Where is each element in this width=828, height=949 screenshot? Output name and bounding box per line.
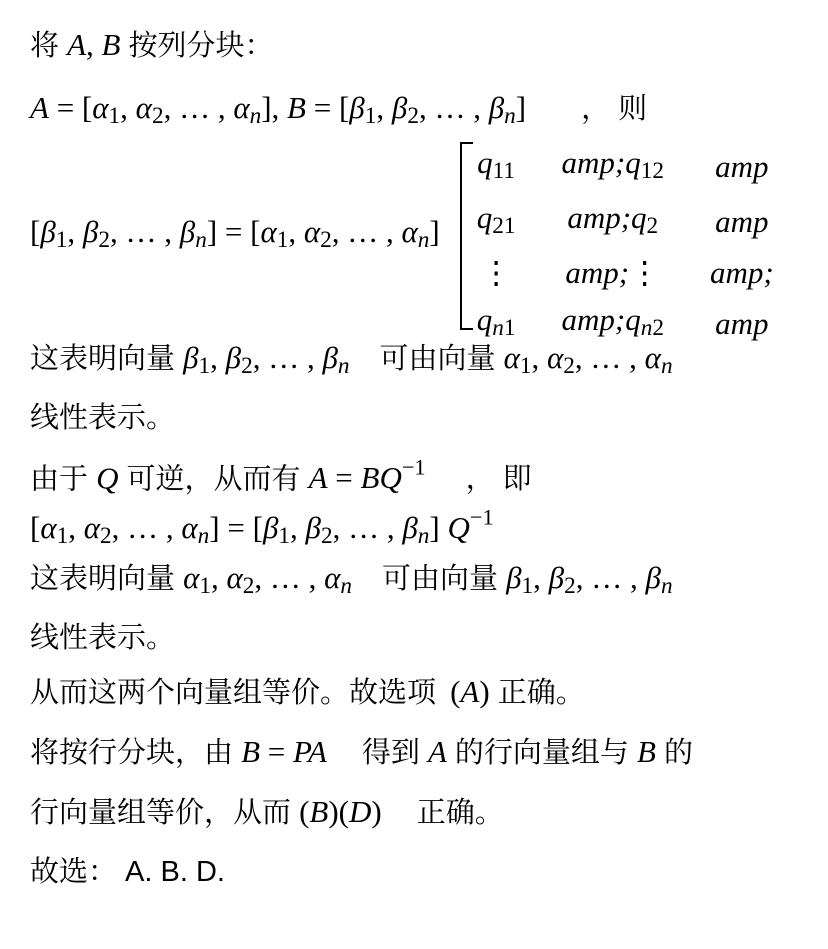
paragraph-alpha-representable: 这表明向量 α1, α2, … , αn可由向量 β1, β2, … , βn — [30, 558, 673, 606]
math-token: 2 — [647, 213, 659, 239]
math-token: amp — [715, 204, 768, 239]
math-token: 1 — [56, 227, 68, 253]
math-token: = — [306, 90, 339, 125]
math-token: β — [40, 214, 55, 249]
math-B-equals-PA: B = PA — [241, 734, 327, 769]
math-token: 1 — [199, 353, 211, 379]
math-token: , — [120, 90, 136, 125]
math-token: A — [460, 674, 479, 709]
math-token: n — [198, 524, 210, 550]
math-token: , … , — [419, 90, 489, 125]
math-token: n — [418, 524, 430, 550]
math-token: , … , — [253, 340, 323, 375]
math-token: )( — [328, 794, 349, 829]
math-token: β — [322, 340, 337, 375]
math-token: 2 — [241, 353, 253, 379]
math-token: α — [260, 214, 276, 249]
math-beta-list: β1, β2, … , βn — [183, 340, 349, 375]
math-token: , — [211, 560, 227, 595]
math-token: 1 — [522, 573, 534, 599]
math-token: B — [361, 460, 380, 495]
matrix-q: q11 amp;q12 amp q21 amp;q2 amp ⋮ amp;⋮ a… — [460, 142, 774, 330]
math-token: β — [83, 214, 98, 249]
equation-A-B-definition: A = [α1, α2, … , αn], B = [β1, β2, … , β… — [30, 88, 647, 136]
text-obtain: 得到 — [362, 737, 428, 769]
math-token: α — [183, 560, 199, 595]
math-token: 2 — [100, 524, 112, 550]
math-token: n — [250, 103, 262, 129]
math-token: , … , — [576, 560, 646, 595]
math-token: Q — [448, 510, 470, 545]
math-token: ] — [429, 214, 439, 249]
math-token: β — [349, 90, 364, 125]
math-token: Q — [96, 460, 118, 495]
text-this-shows-vectors: 这表明向量 — [30, 343, 183, 375]
math-token: α — [40, 510, 56, 545]
text-since: 由于 — [30, 463, 96, 495]
math-token: 2 — [152, 103, 164, 129]
math-token: β — [646, 560, 661, 595]
math-option-A: (A) — [450, 674, 490, 709]
text-row-groups-equivalent: 行向量组等价，从而 — [30, 797, 299, 829]
math-token: ) — [479, 674, 489, 709]
math-token: = — [260, 734, 293, 769]
math-A-equals-BQ-inverse: A = BQ−1 — [309, 460, 426, 495]
math-token: A — [309, 460, 328, 495]
math-token: , … , — [333, 510, 403, 545]
math-token: = — [217, 214, 250, 249]
math-token: , — [86, 27, 102, 62]
paragraph-beta-representable: 这表明向量 β1, β2, … , βn可由向量 α1, α2, … , αn — [30, 338, 673, 386]
matrix-cell-r2c2: amp;q2 — [567, 202, 658, 242]
math-token: 11 — [493, 158, 515, 184]
text-jiang: 将 — [30, 30, 67, 62]
math-token: −1 — [470, 505, 494, 530]
math-token: α — [547, 340, 563, 375]
math-token: β — [180, 214, 195, 249]
math-token: D — [349, 794, 371, 829]
math-token: B — [287, 90, 306, 125]
math-token: α — [304, 214, 320, 249]
matrix-cell-r3c1: ⋮ — [481, 257, 512, 289]
math-token: , — [533, 560, 549, 595]
math-token: A — [30, 90, 49, 125]
math-token: amp; — [567, 200, 631, 235]
math-A-B-column-vectors: A = [α1, α2, … , αn], B = [β1, β2, … , β… — [30, 90, 526, 125]
text-representable-by-2: 可由向量 — [382, 563, 506, 595]
math-A-B: A, B — [67, 27, 120, 62]
paragraph-final-answer: 故选： A. B. D. — [30, 852, 225, 892]
math-token: , — [272, 90, 288, 125]
math-token — [440, 510, 448, 545]
math-token: B — [637, 734, 656, 769]
math-token: q — [477, 200, 493, 235]
math-token: amp — [715, 306, 768, 341]
math-token: 21 — [492, 213, 515, 239]
math-token: 12 — [641, 158, 664, 184]
math-token: amp; — [565, 255, 629, 290]
math-token: , — [67, 214, 83, 249]
math-token: = — [328, 460, 361, 495]
paragraph-row-partition: 将按行分块，由 B = PA得到 A 的行向量组与 B 的 — [30, 732, 693, 773]
matrix-left-bracket-icon — [460, 142, 473, 330]
text-linear-representation-2: 线性表示。 — [30, 622, 175, 654]
paragraph-linear-representation-1: 线性表示。 — [30, 398, 175, 438]
math-token: α — [233, 90, 249, 125]
math-token: P — [293, 734, 308, 769]
text-then: ， 则 — [581, 93, 647, 125]
math-token: β — [549, 560, 564, 595]
text-answer-ABD: 故选： A. B. D. — [30, 856, 225, 888]
text-therefore-equivalent: 从而这两个向量组等价。故选项 — [30, 677, 444, 709]
math-token: α — [645, 340, 661, 375]
math-token: 2 — [564, 573, 576, 599]
math-token: ⋮ — [481, 255, 512, 290]
math-token: amp; — [562, 302, 626, 337]
math-token: n — [661, 353, 673, 379]
math-token: 2 — [320, 227, 332, 253]
math-token: α — [136, 90, 152, 125]
math-token: , — [376, 90, 392, 125]
math-token: amp; — [710, 255, 774, 290]
math-token: β — [183, 340, 198, 375]
math-token: q — [477, 302, 493, 337]
math-token: ) — [371, 794, 381, 829]
math-token: 1 — [277, 227, 289, 253]
matrix-cell-r2c1: q21 — [477, 202, 516, 242]
math-token: β — [226, 340, 241, 375]
matrix-cell-r3c3: amp; — [710, 257, 774, 289]
math-token: ] — [429, 510, 439, 545]
math-token: , — [532, 340, 548, 375]
math-token: q — [631, 200, 647, 235]
math-token: ( — [299, 794, 309, 829]
matrix-cell-r3c2: amp;⋮ — [565, 257, 660, 289]
math-token: n — [338, 353, 350, 379]
math-token: 1 — [520, 353, 532, 379]
math-token: q — [477, 145, 493, 180]
text-de: 的 — [656, 737, 693, 769]
math-token: β — [392, 90, 407, 125]
equation-alpha-equals-beta-Qinv: [α1, α2, … , αn] = [β1, β2, … , βn] Q−1 — [30, 498, 494, 557]
math-token: A — [67, 27, 86, 62]
math-token: , … , — [164, 90, 234, 125]
math-A-2: A — [428, 734, 447, 769]
math-token: , — [210, 340, 226, 375]
math-token: Q — [379, 460, 401, 495]
math-token: α — [84, 510, 100, 545]
math-alpha-equals-beta-Qinv: [α1, α2, … , αn] = [β1, β2, … , βn] Q−1 — [30, 510, 494, 545]
text-row-vectors-with: 的行向量组与 — [447, 737, 637, 769]
math-token: ⋮ — [629, 255, 660, 290]
math-token: [ — [339, 90, 349, 125]
math-token: amp; — [562, 145, 626, 180]
text-by-columns: 按列分块： — [120, 30, 273, 62]
equation-beta-alpha-matrix: [β1, β2, … , βn] = [α1, α2, … , αn] q11 … — [30, 140, 774, 332]
math-token: , — [290, 510, 306, 545]
math-token: ( — [450, 674, 460, 709]
math-token: amp — [715, 149, 768, 184]
text-this-shows-vectors-2: 这表明向量 — [30, 563, 183, 595]
math-alpha-list: α1, α2, … , αn — [504, 340, 673, 375]
text-linear-representation: 线性表示。 — [30, 402, 175, 434]
text-row-partition-by: 将按行分块，由 — [30, 737, 241, 769]
math-token: 1 — [365, 103, 377, 129]
math-token: n — [504, 103, 516, 129]
math-token: [ — [30, 510, 40, 545]
math-token: 2 — [321, 524, 333, 550]
matrix-cell-r4c3: amp — [715, 308, 768, 340]
math-token: , — [68, 510, 84, 545]
math-options-B-D: (B)(D) — [299, 794, 382, 829]
paragraph-options-B-D: 行向量组等价，从而 (B)(D)正确。 — [30, 792, 504, 833]
math-token: B — [309, 794, 328, 829]
text-representable-by: 可由向量 — [380, 343, 504, 375]
matrix-grid: q11 amp;q12 amp q21 amp;q2 amp ⋮ amp;⋮ a… — [473, 142, 774, 330]
math-token: , … , — [254, 560, 324, 595]
math-token: α — [402, 214, 418, 249]
math-token: ] — [209, 510, 219, 545]
text-that-is: ， 即 — [466, 463, 532, 495]
math-token: n — [340, 573, 352, 599]
math-token: β — [306, 510, 321, 545]
math-token: , — [288, 214, 304, 249]
math-token: , … , — [112, 510, 182, 545]
math-token: β — [263, 510, 278, 545]
math-token: α — [226, 560, 242, 595]
math-token: A — [308, 734, 327, 769]
math-token: β — [506, 560, 521, 595]
math-token: n — [661, 573, 673, 599]
math-token: q — [625, 302, 641, 337]
math-token: ] — [261, 90, 271, 125]
math-beta-list-2: β1, β2, … , βn — [506, 560, 672, 595]
matrix-cell-r1c3: amp — [715, 151, 768, 183]
paragraph-linear-representation-2: 线性表示。 — [30, 618, 175, 658]
math-token: 1 — [57, 524, 69, 550]
math-token: = — [49, 90, 82, 125]
math-token: n — [195, 227, 207, 253]
math-token: n — [418, 227, 430, 253]
math-token: 2 — [98, 227, 110, 253]
math-alpha-list-2: α1, α2, … , αn — [183, 560, 352, 595]
math-token: q — [625, 145, 641, 180]
math-token: [ — [30, 214, 40, 249]
math-token: α — [504, 340, 520, 375]
matrix-cell-r2c3: amp — [715, 206, 768, 238]
text-correct-2: 正确。 — [417, 797, 504, 829]
math-token: 2 — [407, 103, 419, 129]
paragraph-partition-intro: 将 A, B 按列分块： — [30, 25, 274, 66]
math-token: [ — [250, 214, 260, 249]
matrix-cell-r1c2: amp;q12 — [562, 147, 664, 187]
math-token: 1 — [199, 573, 211, 599]
paragraph-Q-invertible: 由于 Q 可逆，从而有 A = BQ−1， 即 — [30, 448, 532, 499]
text-invertible-thus: 可逆，从而有 — [118, 463, 308, 495]
matrix-cell-r1c1: q11 — [477, 147, 515, 187]
math-token: β — [489, 90, 504, 125]
math-token: A — [428, 734, 447, 769]
math-token: [ — [253, 510, 263, 545]
math-token: , … , — [110, 214, 180, 249]
math-token: , … , — [575, 340, 645, 375]
math-token: 1 — [109, 103, 121, 129]
math-token: [ — [82, 90, 92, 125]
math-token: −1 — [402, 455, 426, 480]
math-token: , … , — [332, 214, 402, 249]
math-beta-equals-alpha: [β1, β2, … , βn] = [α1, α2, … , αn] — [30, 212, 440, 260]
math-token: α — [181, 510, 197, 545]
paragraph-equivalent-option-A: 从而这两个向量组等价。故选项 (A) 正确。 — [30, 672, 585, 713]
math-token: B — [241, 734, 260, 769]
math-token: B — [102, 27, 121, 62]
math-token: 1 — [278, 524, 290, 550]
text-correct-1: 正确。 — [490, 677, 585, 709]
math-token: = — [220, 510, 253, 545]
math-B-2: B — [637, 734, 656, 769]
math-Q: Q — [96, 460, 118, 495]
math-token: 2 — [243, 573, 255, 599]
math-token: α — [324, 560, 340, 595]
math-token: β — [402, 510, 417, 545]
math-token: ] — [207, 214, 217, 249]
math-token: 2 — [563, 353, 575, 379]
math-token: α — [92, 90, 108, 125]
math-token: ] — [516, 90, 526, 125]
